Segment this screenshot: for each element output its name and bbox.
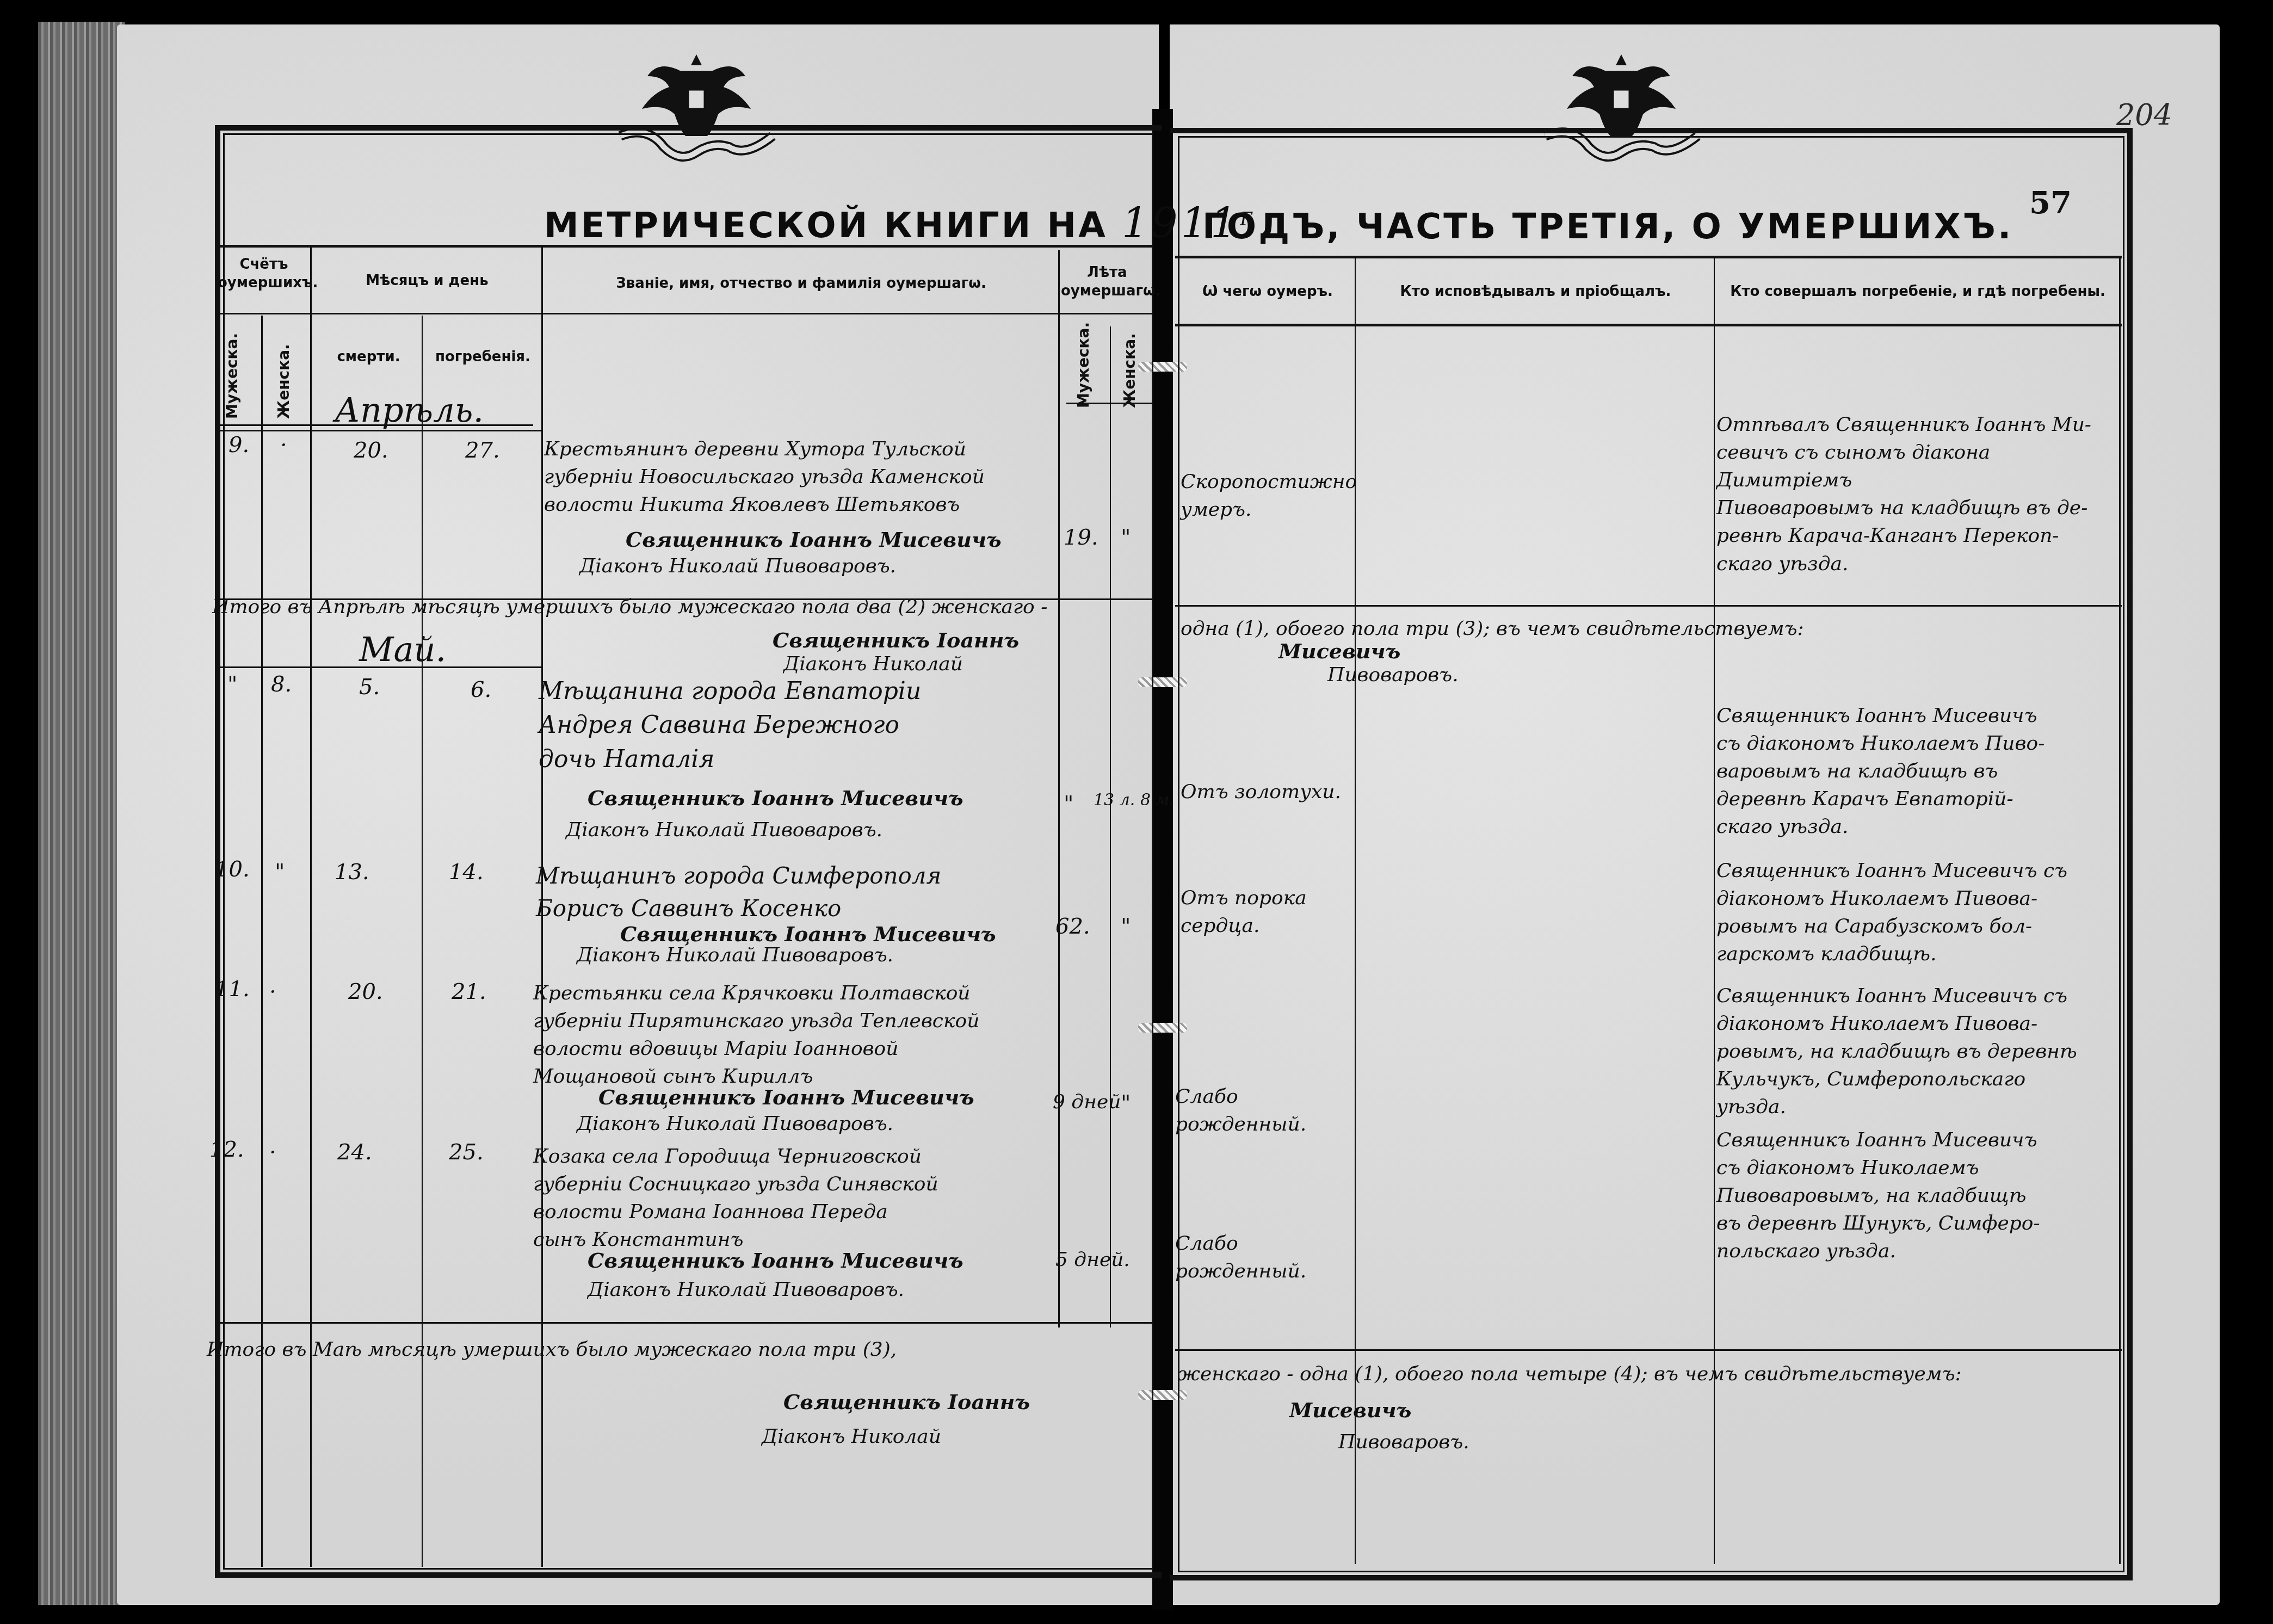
row-rule bbox=[218, 1322, 1153, 1324]
record-deacon-signature: Діаконъ Николай Пивоваровъ. bbox=[577, 1110, 893, 1138]
book-page-edges bbox=[38, 22, 125, 1605]
record-burial-day: 25. bbox=[449, 1137, 484, 1168]
record-burial: Священникъ Іоаннъ Мисевичъ съ діакономъ … bbox=[1716, 702, 2119, 841]
record-burial-day: 21. bbox=[452, 977, 486, 1008]
may-priest-signature-right: Мисевичъ bbox=[1289, 1395, 1411, 1425]
record-burial: Священникъ Іоаннъ Мисевичъ съ діакономъ … bbox=[1716, 982, 2119, 1121]
record-female-no: " bbox=[275, 857, 285, 888]
record-burial: Священникъ Іоаннъ Мисевичъ съ діакономъ … bbox=[1716, 857, 2119, 968]
burial-place-header: Кто совершалъ погребеніе, и гдѣ погребен… bbox=[1716, 283, 2119, 301]
record-death-day: 20. bbox=[354, 435, 388, 466]
month-label-april: Апрѣль. bbox=[335, 386, 484, 434]
column-divider bbox=[1110, 326, 1111, 1327]
row-rule bbox=[218, 666, 541, 668]
page-number: 57 bbox=[2029, 185, 2072, 221]
record-burial-day: 14. bbox=[449, 857, 484, 888]
row-rule bbox=[1175, 605, 2122, 607]
record-death-day: 20. bbox=[348, 977, 383, 1008]
record-age-female: " bbox=[1121, 911, 1131, 942]
record-female-no: 8. bbox=[271, 669, 292, 700]
column-divider bbox=[422, 316, 423, 1567]
record-deacon-signature: Діаконъ Николай Пивоваровъ. bbox=[566, 816, 882, 844]
age-female-header: Женска. bbox=[1121, 332, 1139, 408]
record-priest-signature: Священникъ Іоаннъ Мисевичъ bbox=[588, 1246, 963, 1275]
title-left: Метрической книги на 1911г bbox=[544, 199, 1256, 247]
record-age-male: " bbox=[1064, 789, 1073, 820]
name-header: Званіе, имя, отчество и фамилія оумершаг… bbox=[544, 275, 1058, 293]
count-header: Счётъ оумершихъ. bbox=[218, 256, 310, 293]
record-death-day: 24. bbox=[337, 1137, 372, 1168]
record-age-male: 5 дней. bbox=[1055, 1246, 1130, 1274]
record-priest-signature: Священникъ Іоаннъ Мисевичъ bbox=[598, 1083, 974, 1112]
header-bottom-rule bbox=[1175, 324, 2122, 326]
record-male-no: " bbox=[227, 669, 237, 700]
april-deacon-signature: Діаконъ Николай bbox=[783, 650, 963, 678]
record-name: Мѣщанина города Евпаторіи Андрея Саввина… bbox=[539, 675, 1050, 776]
record-death-day: 13. bbox=[335, 857, 369, 888]
column-divider bbox=[261, 316, 263, 1567]
record-name: Крестьянки села Крячковки Полтавской губ… bbox=[533, 979, 1055, 1090]
header-top-rule bbox=[1175, 256, 2122, 258]
header-mid-rule bbox=[218, 313, 1153, 314]
record-female-no: · bbox=[269, 977, 276, 1008]
record-age-male: 9 дней bbox=[1053, 1088, 1121, 1116]
april-deacon-signature-right: Пивоваровъ. bbox=[1327, 661, 1459, 689]
archive-sheet-number: 204 bbox=[2116, 98, 2172, 132]
count-female-header: Женска. bbox=[275, 321, 293, 419]
row-rule bbox=[1175, 1349, 2122, 1351]
record-male-no: 12. bbox=[209, 1134, 244, 1165]
record-cause: Скоропостижно умеръ. bbox=[1181, 468, 1355, 523]
column-divider bbox=[2119, 258, 2121, 1564]
record-cause: Слабо рожденный. bbox=[1175, 1083, 1355, 1138]
record-male-no: 11. bbox=[215, 974, 250, 1005]
title-right: годъ, часть третія, о умершихъ. bbox=[1202, 207, 2013, 247]
column-divider bbox=[310, 248, 312, 1567]
record-male-no: 9. bbox=[228, 430, 249, 461]
april-summary-left: Итого въ Апрѣлѣ мѣсяцѣ умершихъ было муж… bbox=[212, 593, 1170, 621]
age-male-header: Мужеска. bbox=[1074, 332, 1092, 408]
record-male-no: 10. bbox=[215, 854, 250, 885]
record-priest-signature: Священникъ Іоаннъ Мисевичъ bbox=[588, 783, 963, 813]
title-left-text: Метрической книги на bbox=[544, 206, 1108, 246]
record-deacon-signature: Діаконъ Николай Пивоваровъ. bbox=[577, 941, 893, 969]
record-age-female: 13 л. 8 м. bbox=[1094, 789, 1175, 812]
record-age-female: " bbox=[1121, 522, 1131, 553]
column-divider bbox=[1058, 250, 1060, 1327]
record-name: Козака села Городища Черниговской губерн… bbox=[533, 1143, 1055, 1253]
confessor-header: Кто исповѣдывалъ и пріобщалъ. bbox=[1357, 283, 1714, 301]
record-name: Мѣщанинъ города Симферополя Борисъ Савви… bbox=[536, 860, 1047, 924]
record-female-no: · bbox=[280, 430, 287, 461]
record-death-day: 5. bbox=[359, 672, 380, 703]
record-burial: Священникъ Іоаннъ Мисевичъ съ діакономъ … bbox=[1716, 1126, 2119, 1265]
record-name: Крестьянинъ деревни Хутора Тульской губе… bbox=[544, 435, 1055, 518]
record-age-female: " bbox=[1121, 1088, 1131, 1119]
record-age-male: 62. bbox=[1055, 911, 1090, 942]
may-deacon-signature: Діаконъ Николай bbox=[762, 1423, 941, 1450]
record-cause: Отъ золотухи. bbox=[1181, 778, 1355, 806]
record-age-male: 19. bbox=[1064, 522, 1098, 553]
burial-date-header: погребенія. bbox=[424, 348, 541, 367]
may-priest-signature: Священникъ Іоаннъ bbox=[783, 1387, 1030, 1417]
count-male-header: Мужеска. bbox=[223, 321, 241, 419]
may-deacon-signature-right: Пивоваровъ. bbox=[1338, 1428, 1469, 1456]
record-cause: Отъ порока сердца. bbox=[1181, 884, 1355, 940]
record-female-no: · bbox=[269, 1137, 276, 1168]
record-burial: Отпѣвалъ Священникъ Іоаннъ Ми- севичъ съ… bbox=[1716, 411, 2119, 578]
record-deacon-signature: Діаконъ Николай Пивоваровъ. bbox=[588, 1276, 904, 1304]
death-date-header: смерти. bbox=[316, 348, 422, 367]
header-top-rule bbox=[218, 245, 1153, 248]
record-deacon-signature: Діаконъ Николай Пивоваровъ. bbox=[579, 552, 896, 580]
row-rule bbox=[218, 430, 541, 431]
may-summary-right: женскаго - одна (1), обоего пола четыре … bbox=[1178, 1360, 2114, 1388]
record-cause: Слабо рожденный. bbox=[1175, 1230, 1355, 1285]
record-priest-signature: Священникъ Іоаннъ Мисевичъ bbox=[626, 525, 1002, 554]
age-header: Лѣта оумершагω. bbox=[1061, 264, 1153, 301]
month-day-header: Мѣсяцъ и день bbox=[313, 272, 541, 291]
may-summary-left: Итого въ Маѣ мѣсяцѣ умершихъ было мужеск… bbox=[207, 1336, 1164, 1363]
cause-header: Ѡ чегω оумеръ. bbox=[1181, 283, 1355, 301]
record-burial-day: 6. bbox=[471, 675, 491, 706]
record-burial-day: 27. bbox=[465, 435, 500, 466]
